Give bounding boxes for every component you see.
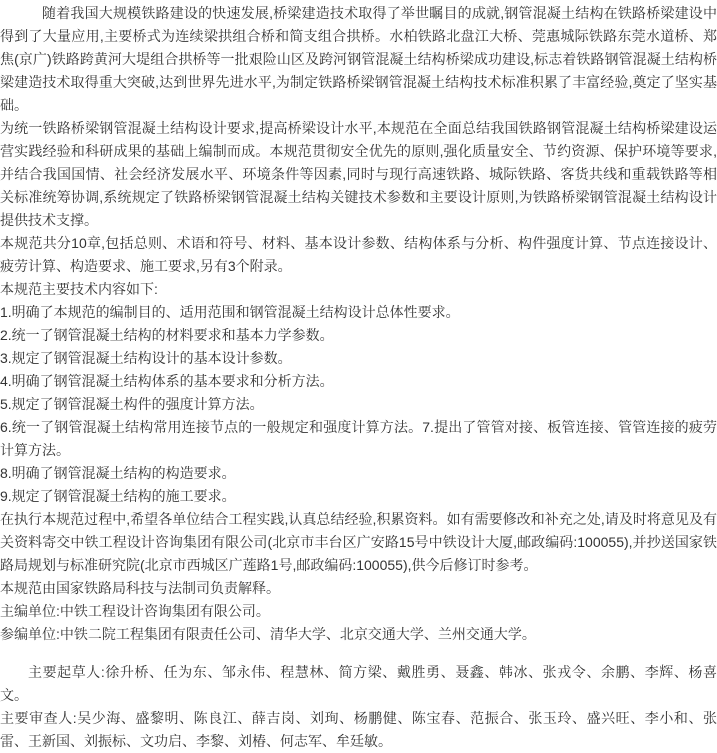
- content-item-8: 8.明确了钢管混凝土结构的构造要求。: [0, 462, 717, 485]
- content-item-4: 4.明确了钢管混凝土结构体系的基本要求和分析方法。: [0, 370, 717, 393]
- content-item-2: 2.统一了钢管混凝土结构的材料要求和基本力学参数。: [0, 324, 717, 347]
- content-item-6-7: 6.统一了钢管混凝土结构常用连接节点的一般规定和强度计算方法。7.提出了管管对接…: [0, 416, 717, 462]
- intro-paragraph: 随着我国大规模铁路建设的快速发展,桥梁建造技术取得了举世瞩目的成就,钢管混凝土结…: [0, 2, 717, 117]
- content-item-9: 9.规定了钢管混凝土结构的施工要求。: [0, 485, 717, 508]
- reviewers-paragraph: 主要审查人:吴少海、盛黎明、陈良江、薛吉岗、刘珣、杨鹏健、陈宝春、范振合、张玉玲…: [0, 707, 717, 753]
- chapters-paragraph: 本规范共分10章,包括总则、术语和符号、材料、基本设计参数、结构体系与分析、构件…: [0, 232, 717, 278]
- drafters-paragraph: 主要起草人:徐升桥、任为东、邹永伟、程慧林、简方梁、戴胜勇、聂鑫、韩冰、张戎令、…: [0, 661, 717, 707]
- interpretation-paragraph: 本规范由国家铁路局科技与法制司负责解释。: [0, 577, 717, 600]
- content-item-1: 1.明确了本规范的编制目的、适用范围和钢管混凝土结构设计总体性要求。: [0, 301, 717, 324]
- standard-foreword-document: 随着我国大规模铁路建设的快速发展,桥梁建造技术取得了举世瞩目的成就,钢管混凝土结…: [0, 0, 717, 753]
- participating-editors-paragraph: 参编单位:中铁二院工程集团有限责任公司、清华大学、北京交通大学、兰州交通大学。: [0, 623, 717, 646]
- content-item-5: 5.规定了钢管混凝土构件的强度计算方法。: [0, 393, 717, 416]
- content-item-3: 3.规定了钢管混凝土结构设计的基本设计参数。: [0, 347, 717, 370]
- blank-line-spacer: [0, 646, 717, 661]
- contents-heading: 本规范主要技术内容如下:: [0, 278, 717, 301]
- chief-editor-paragraph: 主编单位:中铁工程设计咨询集团有限公司。: [0, 600, 717, 623]
- purpose-paragraph: 为统一铁路桥梁钢管混凝土结构设计要求,提高桥梁设计水平,本规范在全面总结我国铁路…: [0, 117, 717, 232]
- feedback-paragraph: 在执行本规范过程中,希望各单位结合工程实践,认真总结经验,积累资料。如有需要修改…: [0, 508, 717, 577]
